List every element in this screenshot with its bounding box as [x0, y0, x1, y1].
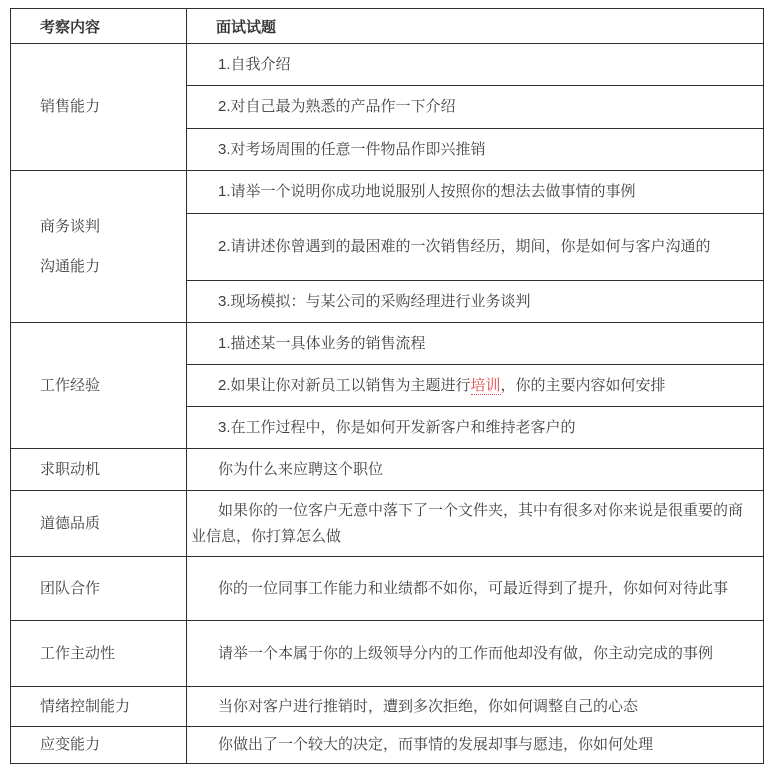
question-text-with-link: 2.如果让你对新员工以销售为主题进行培训，你的主要内容如何安排	[191, 373, 747, 399]
table-row: 销售能力 1.自我介绍	[11, 44, 764, 86]
question-text: 你为什么来应聘这个职位	[191, 457, 747, 483]
category-cell-job-motivation: 求职动机	[11, 449, 187, 491]
table-row: 应变能力 你做出了一个较大的决定，而事情的发展却事与愿违，你如何处理	[11, 727, 764, 764]
category-cell-negotiation-communication: 商务谈判 沟通能力	[11, 171, 187, 323]
question-text: 3.在工作过程中，你是如何开发新客户和维持老客户的	[191, 415, 747, 441]
keyword-link[interactable]: 培训	[471, 377, 501, 395]
table-row: 商务谈判 沟通能力 1.请举一个说明你成功地说服别人按照你的想法去做事情的事例	[11, 171, 764, 214]
question-text-prefix: 2.如果让你对新员工以销售为主题进行	[218, 377, 471, 394]
question-text: 2.请讲述你曾遇到的最困难的一次销售经历，期间，你是如何与客户沟通的	[191, 234, 747, 260]
question-cell: 你做出了一个较大的决定，而事情的发展却事与愿违，你如何处理	[187, 727, 764, 764]
question-cell: 1.请举一个说明你成功地说服别人按照你的想法去做事情的事例	[187, 171, 764, 214]
question-text: 1.描述某一具体业务的销售流程	[191, 331, 747, 357]
table-row: 工作经验 1.描述某一具体业务的销售流程	[11, 323, 764, 365]
question-text: 3.现场模拟：与某公司的采购经理进行业务谈判	[191, 289, 747, 315]
category-cell-emotion-control: 情绪控制能力	[11, 687, 187, 727]
category-cell-moral-quality: 道德品质	[11, 491, 187, 557]
question-cell: 请举一个本属于你的上级领导分内的工作而他却没有做，你主动完成的事例	[187, 621, 764, 687]
question-text: 1.请举一个说明你成功地说服别人按照你的想法去做事情的事例	[191, 179, 747, 205]
question-cell: 3.在工作过程中，你是如何开发新客户和维持老客户的	[187, 407, 764, 449]
question-cell: 1.自我介绍	[187, 44, 764, 86]
category-label: 求职动机	[40, 460, 182, 480]
page: 考察内容 面试试题 销售能力 1.自我介绍 2.对自己最为熟悉的产品作一下介绍	[0, 0, 773, 766]
question-text-suffix: ，你的主要内容如何安排	[501, 377, 666, 394]
category-label: 商务谈判	[40, 217, 182, 237]
category-label: 工作主动性	[40, 644, 182, 664]
category-label: 沟通能力	[40, 257, 182, 277]
question-cell: 当你对客户进行推销时，遭到多次拒绝，你如何调整自己的心态	[187, 687, 764, 727]
interview-table-wrap: 考察内容 面试试题 销售能力 1.自我介绍 2.对自己最为熟悉的产品作一下介绍	[10, 8, 764, 764]
question-text: 如果你的一位客户无意中落下了一个文件夹，其中有很多对你来说是很重要的商业信息，你…	[191, 498, 747, 550]
column-header-category: 考察内容	[11, 9, 187, 44]
category-label: 情绪控制能力	[40, 697, 182, 717]
interview-question-table: 考察内容 面试试题 销售能力 1.自我介绍 2.对自己最为熟悉的产品作一下介绍	[10, 8, 764, 764]
table-row: 道德品质 如果你的一位客户无意中落下了一个文件夹，其中有很多对你来说是很重要的商…	[11, 491, 764, 557]
question-cell: 你的一位同事工作能力和业绩都不如你，可最近得到了提升，你如何对待此事	[187, 557, 764, 621]
table-row: 团队合作 你的一位同事工作能力和业绩都不如你，可最近得到了提升，你如何对待此事	[11, 557, 764, 621]
column-header-questions: 面试试题	[187, 9, 764, 44]
question-cell: 3.对考场周围的任意一件物品作即兴推销	[187, 129, 764, 171]
category-cell-adaptability: 应变能力	[11, 727, 187, 764]
category-label: 销售能力	[40, 97, 182, 117]
question-text: 当你对客户进行推销时，遭到多次拒绝，你如何调整自己的心态	[191, 694, 747, 720]
category-label: 应变能力	[40, 735, 182, 755]
question-text: 你做出了一个较大的决定，而事情的发展却事与愿违，你如何处理	[191, 732, 747, 758]
question-cell: 2.对自己最为熟悉的产品作一下介绍	[187, 86, 764, 129]
question-text: 3.对考场周围的任意一件物品作即兴推销	[191, 137, 747, 163]
question-cell: 2.请讲述你曾遇到的最困难的一次销售经历，期间，你是如何与客户沟通的	[187, 214, 764, 281]
question-text: 2.对自己最为熟悉的产品作一下介绍	[191, 94, 747, 120]
question-cell: 2.如果让你对新员工以销售为主题进行培训，你的主要内容如何安排	[187, 365, 764, 407]
table-row: 情绪控制能力 当你对客户进行推销时，遭到多次拒绝，你如何调整自己的心态	[11, 687, 764, 727]
question-cell: 如果你的一位客户无意中落下了一个文件夹，其中有很多对你来说是很重要的商业信息，你…	[187, 491, 764, 557]
table-row: 工作主动性 请举一个本属于你的上级领导分内的工作而他却没有做，你主动完成的事例	[11, 621, 764, 687]
question-cell: 3.现场模拟：与某公司的采购经理进行业务谈判	[187, 281, 764, 323]
category-cell-work-experience: 工作经验	[11, 323, 187, 449]
category-label: 团队合作	[40, 579, 182, 599]
category-cell-work-initiative: 工作主动性	[11, 621, 187, 687]
header-row: 考察内容 面试试题	[11, 9, 764, 44]
category-label: 工作经验	[40, 376, 182, 396]
table-row: 求职动机 你为什么来应聘这个职位	[11, 449, 764, 491]
question-cell: 你为什么来应聘这个职位	[187, 449, 764, 491]
category-label: 道德品质	[40, 514, 182, 534]
category-cell-sales-ability: 销售能力	[11, 44, 187, 171]
question-text: 请举一个本属于你的上级领导分内的工作而他却没有做，你主动完成的事例	[191, 641, 747, 667]
category-cell-teamwork: 团队合作	[11, 557, 187, 621]
question-cell: 1.描述某一具体业务的销售流程	[187, 323, 764, 365]
question-text: 1.自我介绍	[191, 52, 747, 78]
question-text: 你的一位同事工作能力和业绩都不如你，可最近得到了提升，你如何对待此事	[191, 576, 747, 602]
